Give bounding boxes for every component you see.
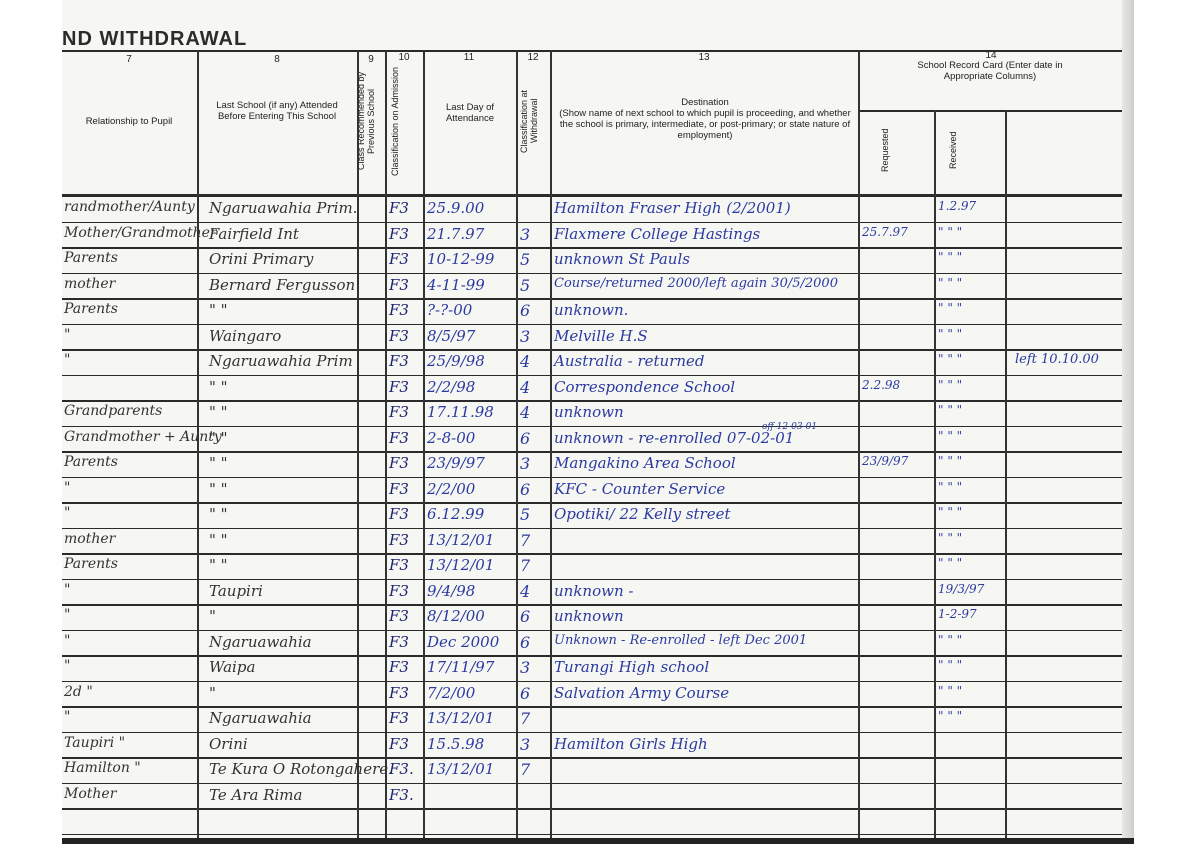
cell-last-day: 13/12/01: [427, 531, 494, 549]
col11-number: 11: [424, 52, 514, 63]
cell-destination-note: off 12-03-01: [762, 422, 817, 432]
cell-last-day: 13/12/01: [427, 709, 494, 727]
cell-class-wd: 6: [520, 633, 530, 652]
cell-received: " " ": [938, 531, 962, 545]
col11-label: Last Day of Attendance: [430, 102, 510, 124]
cell-last-school: " ": [209, 403, 228, 421]
cell-relationship: ": [64, 709, 70, 725]
cell-last-day: 2/2/98: [427, 378, 475, 396]
cell-last-school: Ngaruawahia: [209, 633, 312, 651]
grid-line: [550, 50, 552, 838]
cell-class-wd: 4: [520, 582, 530, 601]
grid-line: [62, 528, 1122, 530]
cell-last-day: 13/12/01: [427, 556, 494, 574]
cell-last-school: Te Ara Rima: [209, 786, 302, 804]
cell-class-wd: 4: [520, 352, 530, 371]
cell-relationship: randmother/Aunty: [64, 199, 195, 215]
cell-destination: Correspondence School: [554, 378, 735, 396]
cell-class-adm: F3: [389, 199, 409, 217]
cell-destination: Mangakino Area School: [554, 454, 736, 472]
cell-last-school: Bernard Fergusson: [209, 276, 355, 294]
grid-line: [934, 110, 936, 838]
cell-class-adm: F3: [389, 505, 409, 523]
cell-class-wd: 4: [520, 378, 530, 397]
cell-relationship: Grandmother + Aunty: [64, 429, 222, 445]
cell-class-wd: 3: [520, 454, 530, 473]
cell-last-day: 8/12/00: [427, 607, 485, 625]
grid-line: [385, 50, 387, 838]
grid-line: [62, 553, 1122, 555]
grid-line: [62, 655, 1122, 657]
cell-requested: 2.2.98: [862, 378, 900, 392]
grid-line: [62, 247, 1122, 249]
cell-last-school: Orini Primary: [209, 250, 313, 268]
cell-destination: unknown: [554, 403, 624, 421]
cell-class-wd: 7: [520, 531, 530, 550]
cell-requested: 23/9/97: [862, 454, 908, 468]
cell-class-adm: F3: [389, 531, 409, 549]
cell-last-school: ": [209, 607, 216, 625]
page-edge-shadow: [62, 838, 1134, 844]
cell-last-day: 23/9/97: [427, 454, 485, 472]
cell-last-day: 2-8-00: [427, 429, 475, 447]
cell-class-adm: F3: [389, 352, 409, 370]
cell-last-school: " ": [209, 505, 228, 523]
col12-number: 12: [517, 52, 549, 63]
cell-last-day: Dec 2000: [427, 633, 499, 651]
cell-received: " " ": [938, 403, 962, 417]
cell-class-adm: F3: [389, 276, 409, 294]
cell-relationship: ": [64, 352, 70, 368]
cell-class-adm: F3: [389, 480, 409, 498]
col14-requested-label: Requested: [880, 118, 912, 182]
cell-received: " " ": [938, 225, 962, 239]
cell-destination: unknown: [554, 607, 624, 625]
grid-line: [62, 783, 1122, 785]
grid-line: [858, 110, 1122, 112]
col10-label: Classification on Admission: [390, 66, 418, 176]
grid-line: [423, 50, 425, 838]
cell-last-school: Taupiri: [209, 582, 263, 600]
cell-class-adm: F3: [389, 684, 409, 702]
cell-relationship: ": [64, 658, 70, 674]
cell-class-adm: F3: [389, 607, 409, 625]
cell-last-day: 17/11/97: [427, 658, 494, 676]
col13-label: Destination: [555, 97, 855, 108]
cell-class-wd: 6: [520, 684, 530, 703]
cell-last-day: 9/4/98: [427, 582, 475, 600]
cell-relationship: ": [64, 633, 70, 649]
cell-relationship: ": [64, 327, 70, 343]
book-spine: [1122, 0, 1134, 840]
cell-relationship: Mother/Grandmother: [64, 225, 217, 241]
grid-line: [62, 604, 1122, 606]
grid-line: [62, 579, 1122, 581]
cell-destination: Flaxmere College Hastings: [554, 225, 760, 243]
cell-class-wd: 5: [520, 505, 530, 524]
cell-destination: Salvation Army Course: [554, 684, 729, 702]
cell-class-adm: F3.: [389, 760, 414, 778]
cell-relationship: ": [64, 480, 70, 496]
cell-last-school: Fairfield Int: [209, 225, 299, 243]
cell-relationship: Parents: [64, 301, 118, 317]
cell-last-day: 25/9/98: [427, 352, 485, 370]
cell-class-wd: 7: [520, 556, 530, 575]
cell-received: " " ": [938, 480, 962, 494]
cell-received: " " ": [938, 327, 962, 341]
cell-relationship: 2d ": [64, 684, 93, 700]
cell-received: " " ": [938, 378, 962, 392]
cell-extra: left 10.10.00: [1015, 352, 1099, 367]
col7-number: 7: [62, 54, 196, 65]
cell-destination: KFC - Counter Service: [554, 480, 725, 498]
cell-destination: Unknown - Re-enrolled - left Dec 2001: [554, 633, 807, 648]
col7-label: Relationship to Pupil: [64, 116, 194, 127]
grid-line: [62, 502, 1122, 504]
cell-received: " " ": [938, 633, 962, 647]
col13-number: 13: [551, 52, 857, 63]
cell-last-day: 10-12-99: [427, 250, 494, 268]
col10-number: 10: [386, 52, 422, 63]
cell-destination: unknown.: [554, 301, 628, 319]
cell-last-school: Ngaruawahia: [209, 709, 312, 727]
cell-class-wd: 7: [520, 709, 530, 728]
cell-relationship: mother: [64, 531, 115, 547]
cell-relationship: Parents: [64, 556, 118, 572]
grid-line: [62, 732, 1122, 734]
cell-relationship: Grandparents: [64, 403, 162, 419]
cell-requested: 25.7.97: [862, 225, 908, 239]
cell-last-school: Ngaruawahia Prim: [209, 352, 353, 370]
cell-received: 19/3/97: [938, 582, 984, 596]
grid-line: [62, 375, 1122, 377]
cell-class-adm: F3: [389, 454, 409, 472]
cell-class-adm: F3: [389, 709, 409, 727]
cell-last-school: " ": [209, 301, 228, 319]
cell-class-wd: 3: [520, 327, 530, 346]
cell-relationship: ": [64, 607, 70, 623]
cell-relationship: Hamilton ": [64, 760, 141, 776]
cell-received: " " ": [938, 250, 962, 264]
grid-line: [62, 630, 1122, 632]
cell-class-adm: F3: [389, 301, 409, 319]
cell-class-wd: 3: [520, 225, 530, 244]
cell-relationship: Mother: [64, 786, 116, 802]
cell-class-wd: 6: [520, 429, 530, 448]
cell-class-adm: F3: [389, 225, 409, 243]
cell-destination: Hamilton Fraser High (2/2001): [554, 199, 791, 217]
cell-class-adm: F3: [389, 250, 409, 268]
cell-last-school: Te Kura O Rotongahere.: [209, 760, 393, 778]
grid-line: [62, 273, 1122, 275]
cell-class-wd: 6: [520, 607, 530, 626]
cell-last-school: " ": [209, 556, 228, 574]
col9-number: 9: [358, 54, 384, 65]
cell-received: " " ": [938, 505, 962, 519]
col13-sublabel: (Show name of next school to which pupil…: [555, 108, 855, 141]
grid-line: [62, 477, 1122, 479]
cell-last-school: Waingaro: [209, 327, 281, 345]
cell-last-day: 7/2/00: [427, 684, 475, 702]
cell-received: " " ": [938, 454, 962, 468]
cell-destination: unknown - re-enrolled 07-02-01: [554, 429, 794, 447]
cell-class-wd: 6: [520, 301, 530, 320]
cell-last-day: ?-?-00: [427, 301, 472, 319]
grid-line: [1005, 110, 1007, 838]
grid-line: [62, 757, 1122, 759]
cell-class-adm: F3: [389, 658, 409, 676]
cell-received: " " ": [938, 556, 962, 570]
cell-destination: Course/returned 2000/left again 30/5/200…: [554, 276, 838, 291]
cell-relationship: ": [64, 582, 70, 598]
grid-line: [62, 808, 1122, 810]
cell-received: " " ": [938, 352, 962, 366]
col8-number: 8: [198, 54, 356, 65]
grid-line: [62, 324, 1122, 326]
cell-received: " " ": [938, 709, 962, 723]
cell-class-wd: 3: [520, 735, 530, 754]
cell-class-wd: 6: [520, 480, 530, 499]
cell-received: " " ": [938, 429, 962, 443]
cell-last-day: 4-11-99: [427, 276, 485, 294]
cell-relationship: Taupiri ": [64, 735, 125, 751]
cell-last-school: " ": [209, 531, 228, 549]
cell-received: " " ": [938, 684, 962, 698]
cell-last-school: Waipa: [209, 658, 255, 676]
cell-class-wd: 7: [520, 760, 530, 779]
cell-received: 1.2.97: [938, 199, 976, 213]
page-title: ND WITHDRAWAL: [62, 28, 247, 51]
grid-line: [858, 50, 860, 838]
grid-line: [516, 50, 518, 838]
cell-last-school: Orini: [209, 735, 248, 753]
col14-received-label: Received: [948, 118, 980, 182]
cell-last-school: " ": [209, 454, 228, 472]
cell-class-wd: 4: [520, 403, 530, 422]
cell-last-day: 15.5.98: [427, 735, 484, 753]
cell-class-adm: F3.: [389, 786, 414, 804]
grid-line: [62, 706, 1122, 708]
cell-last-day: 25.9.00: [427, 199, 484, 217]
cell-class-wd: 3: [520, 658, 530, 677]
cell-received: " " ": [938, 658, 962, 672]
cell-received: " " ": [938, 301, 962, 315]
cell-class-adm: F3: [389, 556, 409, 574]
cell-destination: Melville H.S: [554, 327, 648, 345]
cell-last-day: 6.12.99: [427, 505, 484, 523]
cell-last-day: 2/2/00: [427, 480, 475, 498]
col14-label: School Record Card (Enter date in Approp…: [905, 60, 1075, 82]
grid-line: [62, 50, 1122, 52]
cell-last-school: ": [209, 684, 216, 702]
col12-label: Classification at Withdrawal: [519, 66, 547, 176]
grid-line: [62, 400, 1122, 402]
cell-received: 1-2-97: [938, 607, 977, 621]
grid-line: [62, 681, 1122, 683]
cell-destination: Turangi High school: [554, 658, 709, 676]
cell-received: " " ": [938, 276, 962, 290]
grid-line: [62, 222, 1122, 224]
cell-destination: unknown St Pauls: [554, 250, 690, 268]
cell-last-day: 17.11.98: [427, 403, 494, 421]
cell-class-adm: F3: [389, 429, 409, 447]
grid-line: [62, 298, 1122, 300]
cell-relationship: Parents: [64, 454, 118, 470]
grid-line: [62, 194, 1122, 197]
cell-destination: unknown -: [554, 582, 633, 600]
cell-last-school: " ": [209, 429, 228, 447]
cell-relationship: Parents: [64, 250, 118, 266]
cell-last-day: 21.7.97: [427, 225, 484, 243]
grid-line: [62, 834, 1122, 836]
cell-last-day: 13/12/01: [427, 760, 494, 778]
cell-destination: Hamilton Girls High: [554, 735, 708, 753]
col9-label: Class Recommended by Previous School: [356, 66, 384, 176]
cell-class-adm: F3: [389, 327, 409, 345]
grid-line: [357, 50, 359, 838]
cell-class-adm: F3: [389, 582, 409, 600]
cell-relationship: ": [64, 505, 70, 521]
cell-last-day: 8/5/97: [427, 327, 475, 345]
cell-destination: Australia - returned: [554, 352, 705, 370]
cell-class-wd: 5: [520, 276, 530, 295]
col8-label: Last School (if any) Attended Before Ent…: [215, 100, 339, 122]
cell-class-wd: 5: [520, 250, 530, 269]
cell-last-school: Ngaruawahia Prim.: [209, 199, 357, 217]
cell-class-adm: F3: [389, 403, 409, 421]
cell-destination: Opotiki/ 22 Kelly street: [554, 505, 731, 523]
grid-line: [62, 451, 1122, 453]
grid-line: [62, 349, 1122, 351]
grid-line: [62, 426, 1122, 428]
cell-class-adm: F3: [389, 735, 409, 753]
cell-class-adm: F3: [389, 633, 409, 651]
cell-class-adm: F3: [389, 378, 409, 396]
cell-last-school: " ": [209, 480, 228, 498]
cell-relationship: mother: [64, 276, 115, 292]
cell-last-school: " ": [209, 378, 228, 396]
